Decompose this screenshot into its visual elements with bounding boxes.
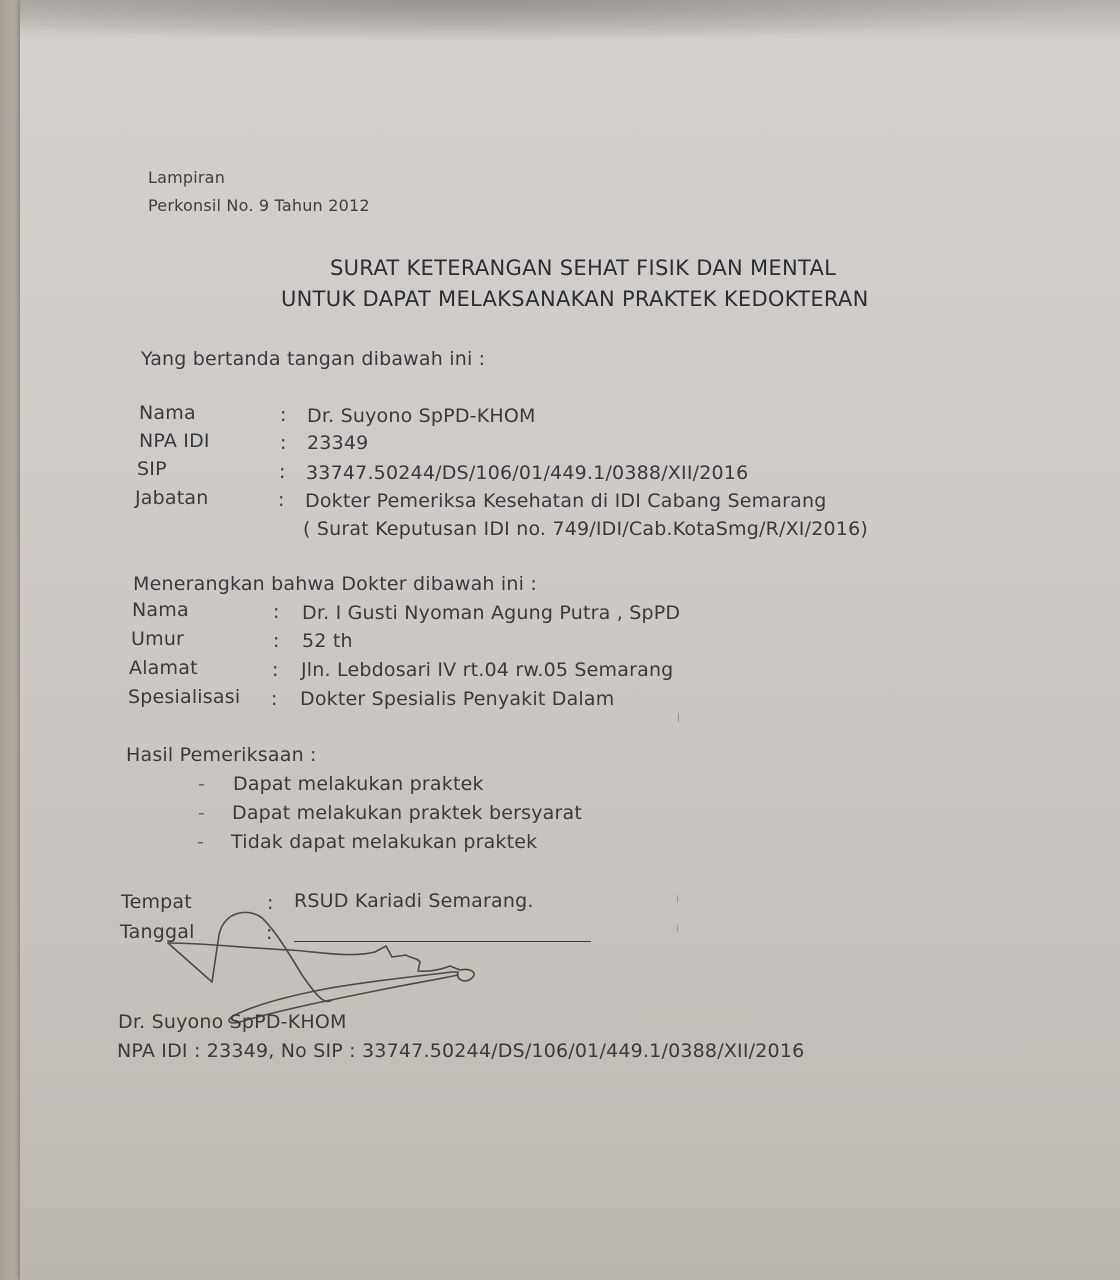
subject-name-label: Nama: [132, 599, 189, 621]
bullet: -: [198, 773, 205, 795]
signer-position-value: Dokter Pemeriksa Kesehatan di IDI Cabang…: [305, 490, 827, 512]
colon: :: [266, 922, 272, 944]
signer-decree-note: ( Surat Keputusan IDI no. 749/IDI/Cab.Ko…: [303, 518, 868, 540]
date-label: Tanggal: [120, 921, 195, 943]
colon: :: [280, 404, 286, 426]
subject-age-label: Umur: [131, 628, 184, 650]
subject-age-value: 52 th: [302, 630, 353, 652]
subject-address-value: Jln. Lebdosari IV rt.04 rw.05 Semarang: [301, 659, 673, 681]
colon: :: [278, 489, 284, 511]
document-title-line-2: UNTUK DAPAT MELAKSANAKAN PRAKTEK KEDOKTE…: [281, 287, 869, 311]
bullet: -: [198, 802, 205, 824]
paper-mark: [677, 895, 678, 902]
subject-specialization-label: Spesialisasi: [128, 686, 240, 708]
subject-specialization-value: Dokter Spesialis Penyakit Dalam: [300, 688, 614, 710]
signer-sip-value: 33747.50244/DS/106/01/449.1/0388/XII/201…: [306, 462, 748, 484]
colon: :: [271, 688, 277, 710]
paper-mark: [678, 713, 679, 722]
subject-address-label: Alamat: [129, 657, 198, 679]
signer-npa-value: 23349: [307, 432, 368, 454]
colon: :: [273, 601, 279, 623]
signer-name-value: Dr. Suyono SpPD-KHOM: [307, 405, 536, 427]
result-option: Dapat melakukan praktek bersyarat: [232, 802, 582, 824]
attachment-label: Lampiran: [148, 168, 225, 187]
signatory-credentials: NPA IDI : 23349, No SIP : 33747.50244/DS…: [117, 1040, 804, 1062]
colon: :: [273, 630, 279, 652]
regulation-reference: Perkonsil No. 9 Tahun 2012: [148, 196, 370, 215]
bullet: -: [197, 831, 204, 853]
signer-sip-label: SIP: [137, 458, 167, 480]
place-value: RSUD Kariadi Semarang.: [294, 890, 534, 912]
subject-name-value: Dr. I Gusti Nyoman Agung Putra , SpPD: [302, 602, 680, 624]
colon: :: [280, 432, 286, 454]
result-option: Dapat melakukan praktek: [233, 773, 484, 795]
colon: :: [279, 461, 285, 483]
signatory-name: Dr. Suyono SpPD-KHOM: [118, 1011, 347, 1033]
colon: :: [267, 892, 273, 914]
signer-npa-label: NPA IDI: [139, 430, 210, 452]
result-option: Tidak dapat melakukan praktek: [231, 831, 537, 853]
date-blank-line: [294, 941, 591, 942]
subject-intro: Menerangkan bahwa Dokter dibawah ini :: [133, 573, 537, 595]
colon: :: [272, 659, 278, 681]
results-heading: Hasil Pemeriksaan :: [126, 744, 317, 766]
signer-name-label: Nama: [139, 402, 196, 424]
signer-position-label: Jabatan: [135, 487, 209, 509]
paper-mark: [677, 925, 678, 932]
document-title-line-1: SURAT KETERANGAN SEHAT FISIK DAN MENTAL: [330, 256, 836, 280]
document-page: [20, 0, 1120, 1280]
place-label: Tempat: [121, 891, 192, 913]
intro-text: Yang bertanda tangan dibawah ini :: [141, 348, 485, 370]
